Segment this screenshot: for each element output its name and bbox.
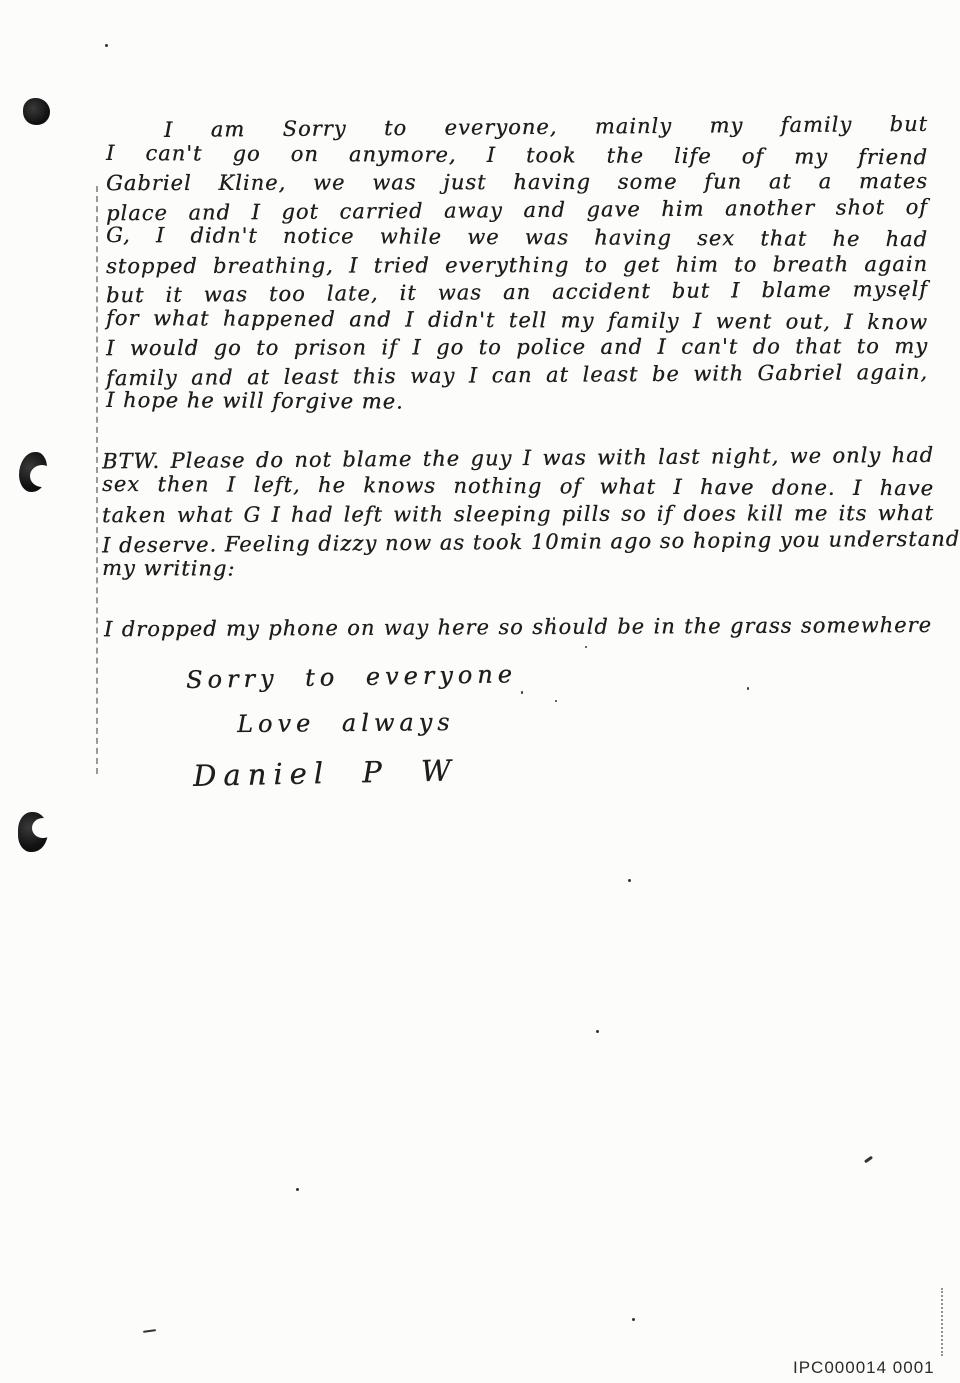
handwritten-line: I can't go on anymore, I took the life o…: [106, 139, 928, 171]
page-edge-dotted-line: [941, 1288, 943, 1356]
scan-speck: [105, 44, 108, 47]
scan-speck: [864, 1156, 873, 1164]
scan-speck: [903, 297, 906, 300]
scan-speck: [296, 1188, 299, 1191]
scanned-letter-page: I am Sorry to everyone, mainly my family…: [0, 0, 960, 1383]
handwritten-line: for what happened and I didn't tell my f…: [106, 304, 928, 336]
hole-punch-top: [23, 98, 50, 125]
handwritten-line: stopped breathing, I tried everything to…: [106, 250, 928, 280]
scan-speck: [747, 687, 749, 690]
scan-speck: [632, 1318, 635, 1321]
hole-punch-middle: [19, 452, 47, 492]
letter-paragraph-1: I am Sorry to everyone, mainly my family…: [106, 114, 928, 417]
scan-speck: [596, 1030, 599, 1033]
phone-note-line: I dropped my phone on way here so should…: [104, 611, 932, 643]
scan-speck: [585, 646, 587, 648]
scan-speck: [143, 1329, 156, 1333]
signature: Daniel P W: [193, 753, 458, 793]
notebook-margin-line: [96, 186, 98, 774]
handwritten-line: sex then I left, he knows nothing of wha…: [102, 470, 934, 502]
scan-speck: [555, 700, 557, 702]
closing-sorry-line: Sorry to everyone: [186, 660, 517, 694]
scan-speck: [553, 617, 555, 620]
closing-love-line: Love always: [237, 708, 455, 738]
document-reference-number: IPC000014 0001: [793, 1358, 935, 1378]
scan-speck: [628, 879, 631, 882]
handwritten-line: I would go to prison if I go to police a…: [106, 333, 928, 363]
handwritten-line: G, I didn't notice while we was having s…: [106, 222, 928, 254]
scan-speck: [521, 691, 523, 694]
handwritten-line: taken what G I had left with sleeping pi…: [102, 499, 934, 529]
handwritten-line: Gabriel Kline, we was just having some f…: [106, 168, 928, 198]
handwritten-line: my writing:: [102, 554, 934, 586]
letter-paragraph-2: BTW. Please do not blame the guy I was w…: [102, 444, 934, 584]
handwritten-line: I hope he will forgive me.: [106, 387, 928, 419]
hole-punch-bottom: [18, 812, 48, 852]
